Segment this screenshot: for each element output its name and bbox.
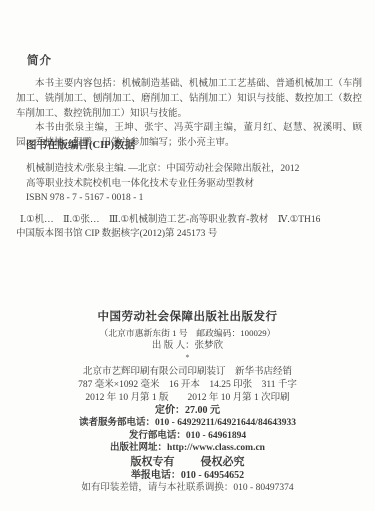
divider-star: * (0, 353, 375, 363)
distribution-phone-line: 发行部电话：010 - 64961894 (0, 430, 375, 443)
publisher-person-line: 出 版 人：张梦欣 (0, 340, 375, 353)
publisher-address-line: （北京市惠新东街 1 号 邮政编码：100029） (0, 326, 375, 340)
copyright-page: 简介 本书主要内容包括：机械制造基础、机械加工工艺基础、普通机械加工（车削加工、… (0, 0, 375, 511)
cip-series-line: 高等职业技术院校机电一体化技术专业任务驱动型教材 (26, 177, 362, 192)
printing-line: 北京市艺辉印刷有限公司印刷装订 新华书店经销 (0, 365, 375, 379)
copyright-left-text: 版权专有 (131, 455, 175, 469)
report-phone-line: 举报电话：010 - 64954652 (0, 469, 375, 482)
publisher-line: 中国劳动社会保障出版社出版发行 (0, 309, 375, 326)
cip-classification-line: Ⅰ.①机… Ⅱ.①张… Ⅲ.①机械制造工艺-高等职业教育-教材 Ⅳ.①TH16 (20, 213, 362, 228)
cip-title-line: 机械制造技术/张泉主编. —北京：中国劳动社会保障出版社，2012 (26, 162, 362, 177)
price-line: 定价：27.00 元 (0, 404, 375, 417)
cip-heading: 图书在版编目(CIP)数据 (26, 137, 362, 152)
reader-phone-line: 读者服务部电话：010 - 64929211/64921644/84643933 (0, 417, 375, 430)
edition-line: 2012 年 10 月第 1 版 2012 年 10 月第 1 次印刷 (0, 392, 375, 405)
cip-record-line: 中国版本图书馆 CIP 数据核字(2012)第 245173 号 (16, 227, 362, 242)
cip-isbn-line: ISBN 978 - 7 - 5167 - 0018 - 1 (26, 191, 362, 206)
website-line: 出版社网址：http://www.class.com.cn (0, 442, 375, 455)
copyright-notice: 版权专有 侵权必究 (0, 455, 375, 469)
format-line: 787 毫米×1092 毫米 16 开本 14.25 印张 311 千字 (0, 379, 375, 392)
misprint-line: 如有印装差错，请与本社联系调换：010 - 80497374 (0, 482, 375, 495)
cip-section: 图书在版编目(CIP)数据 机械制造技术/张泉主编. —北京：中国劳动社会保障出… (26, 137, 362, 242)
intro-heading: 简介 (27, 52, 362, 68)
colophon-section: 中国劳动社会保障出版社出版发行 （北京市惠新东街 1 号 邮政编码：100029… (0, 309, 375, 495)
intro-paragraph: 本书主要内容包括：机械制造基础、机械加工工艺基础、普通机械加工（车削加工、铣削加… (16, 77, 362, 121)
copyright-right-text: 侵权必究 (201, 455, 245, 469)
